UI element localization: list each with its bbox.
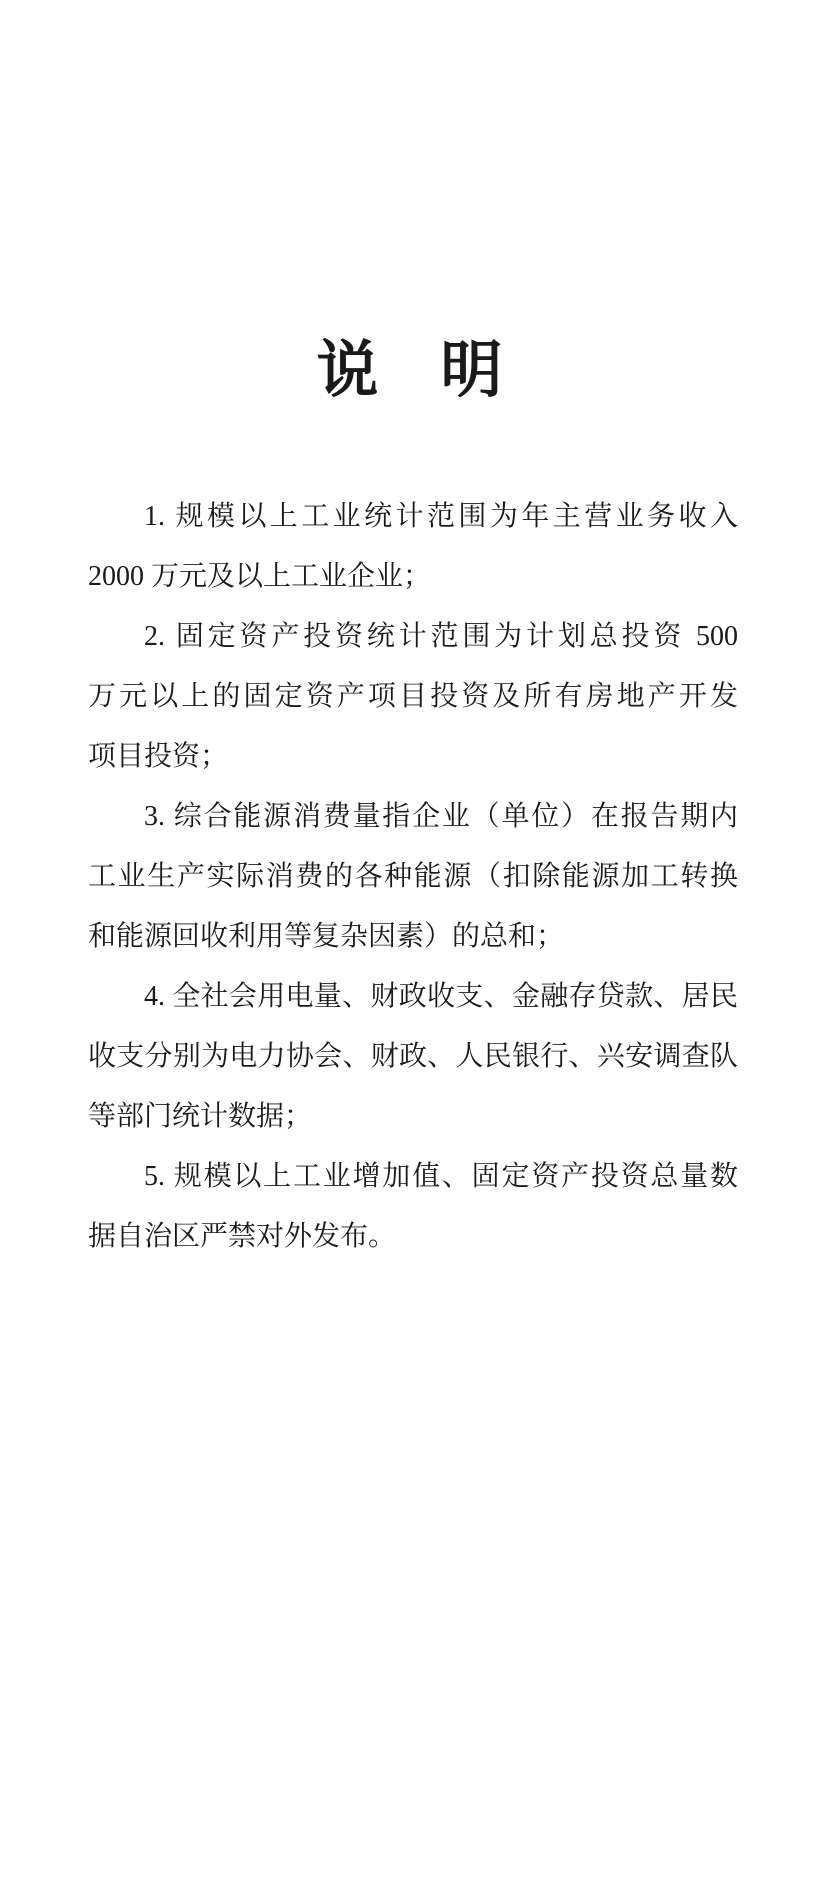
notes-text-block: 1. 规模以上工业统计范围为年主营业务收入 2000 万元及以上工业企业； 2.…: [88, 487, 738, 1267]
body-line: 项目投资；: [88, 727, 738, 787]
body-line: 2000 万元及以上工业企业；: [88, 547, 738, 607]
body-line: 3. 综合能源消费量指企业（单位）在报告期内: [88, 787, 738, 847]
body-line: 万元以上的固定资产项目投资及所有房地产开发: [88, 667, 738, 727]
body-line: 工业生产实际消费的各种能源（扣除能源加工转换: [88, 847, 738, 907]
page-title: 说 明: [0, 0, 819, 402]
body-line: 4. 全社会用电量、财政收支、金融存贷款、居民: [88, 967, 738, 1027]
body-line: 5. 规模以上工业增加值、固定资产投资总量数: [88, 1147, 738, 1207]
body-line: 和能源回收利用等复杂因素）的总和；: [88, 907, 738, 967]
body-line: 1. 规模以上工业统计范围为年主营业务收入: [88, 487, 738, 547]
document-page: 说 明 1. 规模以上工业统计范围为年主营业务收入 2000 万元及以上工业企业…: [0, 0, 819, 1898]
body-line: 2. 固定资产投资统计范围为计划总投资 500: [88, 607, 738, 667]
body-line: 据自治区严禁对外发布。: [88, 1207, 738, 1267]
body-line: 等部门统计数据；: [88, 1087, 738, 1147]
body-line: 收支分别为电力协会、财政、人民银行、兴安调查队: [88, 1027, 738, 1087]
